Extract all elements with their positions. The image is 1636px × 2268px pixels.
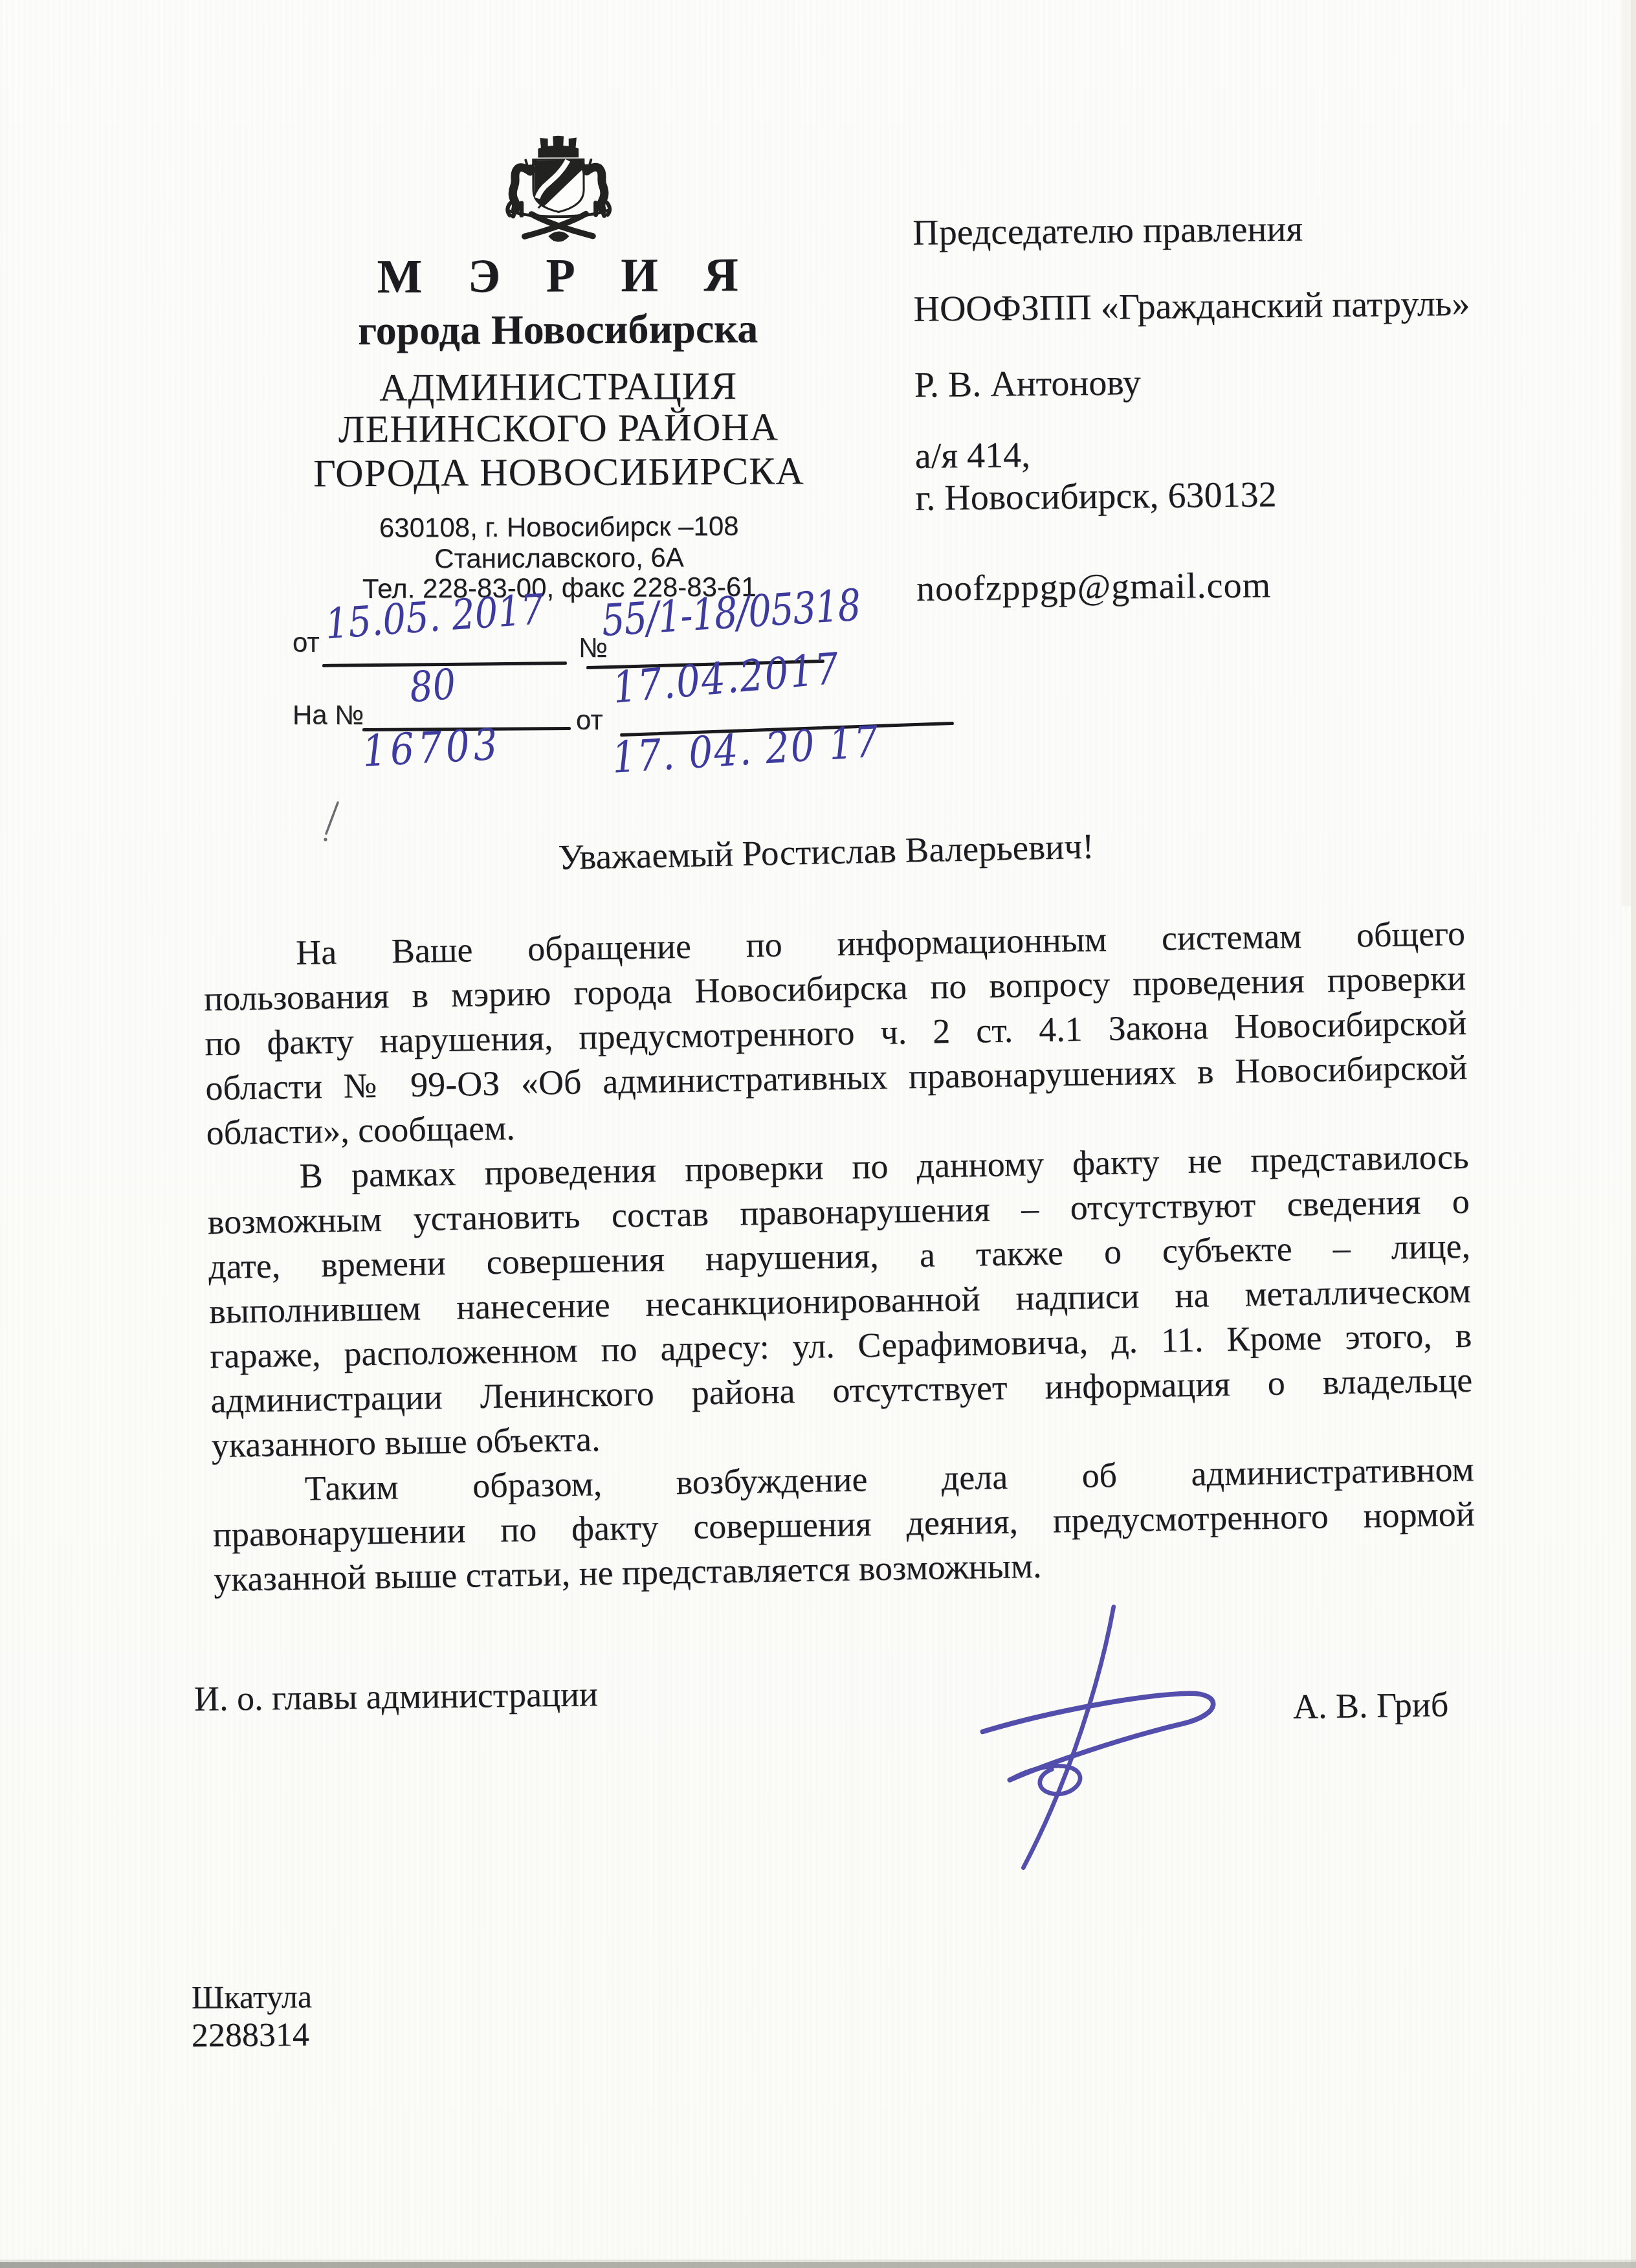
org-title: М Э Р И Я	[153, 250, 962, 302]
org-line-3: ГОРОДА НОВОСИБИРСКА	[154, 450, 963, 494]
signatory-name: А. В. Гриб	[1293, 1685, 1449, 1726]
ref-reply-label: На №	[293, 700, 364, 730]
ref-reply-number-handwritten: 80	[408, 664, 458, 709]
pen-mark-icon	[321, 801, 343, 844]
scan-edge-artifact	[0, 2262, 1636, 2268]
salutation: Уважаемый Ростислав Валерьевич!	[558, 827, 1094, 878]
ref-from-label: от	[293, 628, 320, 658]
org-address-line-2: Станиславского, 6А	[155, 541, 964, 575]
org-line-2: ЛЕНИНСКОГО РАЙОНА	[154, 406, 963, 450]
executor-phone: 2288314	[192, 2016, 309, 2054]
letter-body: На Ваше обращение по информационным сист…	[203, 911, 1476, 1602]
letterhead: М Э Р И Я города Новосибирска АДМИНИСТРА…	[0, 0, 966, 617]
executor-name: Шкатула	[192, 1979, 312, 2015]
ref-reply-date-alt-handwritten: 17. 04. 20 17	[611, 720, 881, 779]
signature-title: И. о. главы администрации	[194, 1675, 598, 1718]
recipient-position-line-2: НООФЗПП «Гражданский патруль»	[913, 284, 1470, 330]
scanned-letter-page: М Э Р И Я города Новосибирска АДМИНИСТРА…	[0, 0, 1636, 2268]
ref-number-handwritten: 55/1-18/05318	[601, 584, 861, 643]
novosibirsk-coat-of-arms-icon	[502, 133, 616, 250]
ref-reply-number-alt-handwritten: 16703	[362, 722, 503, 773]
ref-reply-date-handwritten: 17.04.2017	[611, 647, 842, 709]
scan-edge-artifact	[1622, 0, 1631, 906]
org-line-1: АДМИНИСТРАЦИЯ	[153, 365, 962, 408]
recipient-name: Р. В. Антонову	[914, 363, 1141, 405]
recipient-block: Председателю правления НООФЗПП «Гражданс…	[912, 207, 1564, 615]
org-subtitle: города Новосибирска	[153, 307, 962, 353]
recipient-address-line-1: а/я 414,	[915, 436, 1031, 476]
recipient-address-line-2: г. Новосибирск, 630132	[915, 475, 1277, 518]
ref-reply-from-label: от	[576, 706, 603, 735]
recipient-position-line-1: Председателю правления	[912, 210, 1303, 254]
recipient-email: noofzppgp@gmail.com	[916, 566, 1272, 609]
scan-edge-artifact	[1631, 0, 1636, 2268]
org-address-line-1: 630108, г. Новосибирск –108	[155, 510, 964, 544]
signature-flourish-icon	[974, 1599, 1246, 1877]
